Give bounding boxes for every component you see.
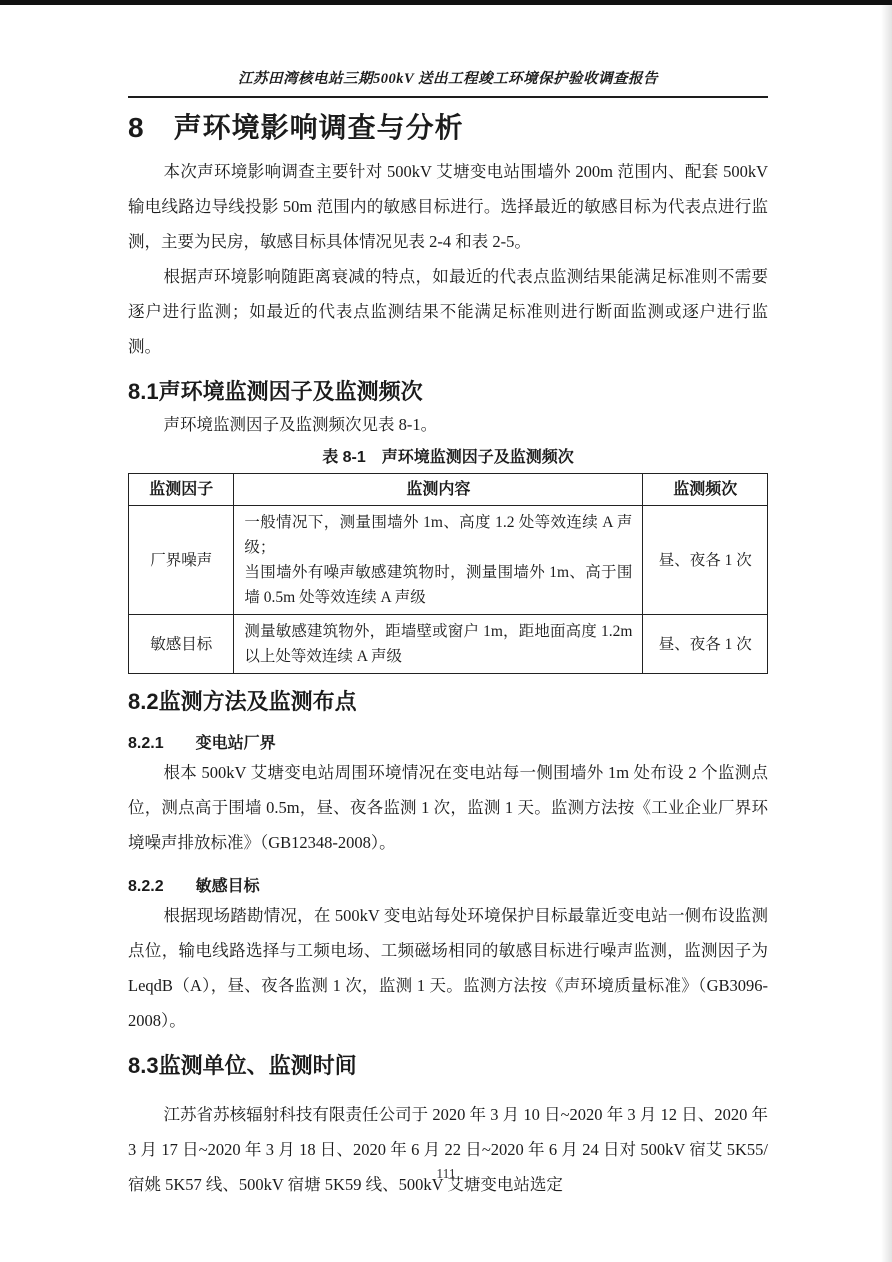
subsection-8-2-2-title: 8.2.2 敏感目标	[128, 876, 768, 898]
table-header-row: 监测因子 监测内容 监测频次	[129, 474, 768, 506]
factor-cell: 敏感目标	[129, 615, 234, 674]
section-8-2-title: 8.2监测方法及监测布点	[128, 687, 768, 717]
frequency-cell: 昼、夜各 1 次	[643, 615, 768, 674]
section-8-1-title: 8.1声环境监测因子及监测频次	[128, 377, 768, 407]
paragraph: 江苏省苏核辐射科技有限责任公司于 2020 年 3 月 10 日~2020 年 …	[128, 1097, 768, 1202]
monitoring-table: 监测因子 监测内容 监测频次 厂界噪声 一般情况下，测量围墙外 1m、高度 1.…	[128, 473, 768, 674]
section-8-3-title: 8.3监测单位、监测时间	[128, 1051, 768, 1081]
paragraph: 根本 500kV 艾塘变电站周围环境情况在变电站每一侧围墙外 1m 处布设 2 …	[128, 755, 768, 860]
paragraph: 根据现场踏勘情况，在 500kV 变电站每处环境保护目标最靠近变电站一侧布设监测…	[128, 898, 768, 1038]
page-edge-shadow	[881, 5, 892, 1262]
chapter-title: 8 声环境影响调查与分析	[128, 110, 768, 146]
frequency-cell: 昼、夜各 1 次	[643, 506, 768, 615]
table-caption: 表 8-1 声环境监测因子及监测频次	[128, 447, 768, 469]
content-cell: 测量敏感建筑物外，距墙壁或窗户 1m，距地面高度 1.2m 以上处等效连续 A …	[234, 615, 643, 674]
document-page: 江苏田湾核电站三期500kV 送出工程竣工环境保护验收调查报告 8 声环境影响调…	[128, 0, 768, 1202]
paragraph: 根据声环境影响随距离衰减的特点，如最近的代表点监测结果能满足标准则不需要逐户进行…	[128, 259, 768, 364]
table-row: 厂界噪声 一般情况下，测量围墙外 1m、高度 1.2 处等效连续 A 声级； 当…	[129, 506, 768, 615]
table-header-frequency: 监测频次	[643, 474, 768, 506]
table-row: 敏感目标 测量敏感建筑物外，距墙壁或窗户 1m，距地面高度 1.2m 以上处等效…	[129, 615, 768, 674]
factor-cell: 厂界噪声	[129, 506, 234, 615]
subsection-8-2-1-title: 8.2.1 变电站厂界	[128, 733, 768, 755]
running-header: 江苏田湾核电站三期500kV 送出工程竣工环境保护验收调查报告	[128, 67, 768, 98]
paragraph: 声环境监测因子及监测频次见表 8-1。	[128, 407, 768, 442]
table-header-factor: 监测因子	[129, 474, 234, 506]
paragraph: 本次声环境影响调查主要针对 500kV 艾塘变电站围墙外 200m 范围内、配套…	[128, 154, 768, 259]
page-number: 111	[0, 1166, 892, 1182]
table-header-content: 监测内容	[234, 474, 643, 506]
content-cell: 一般情况下，测量围墙外 1m、高度 1.2 处等效连续 A 声级； 当围墙外有噪…	[234, 506, 643, 615]
